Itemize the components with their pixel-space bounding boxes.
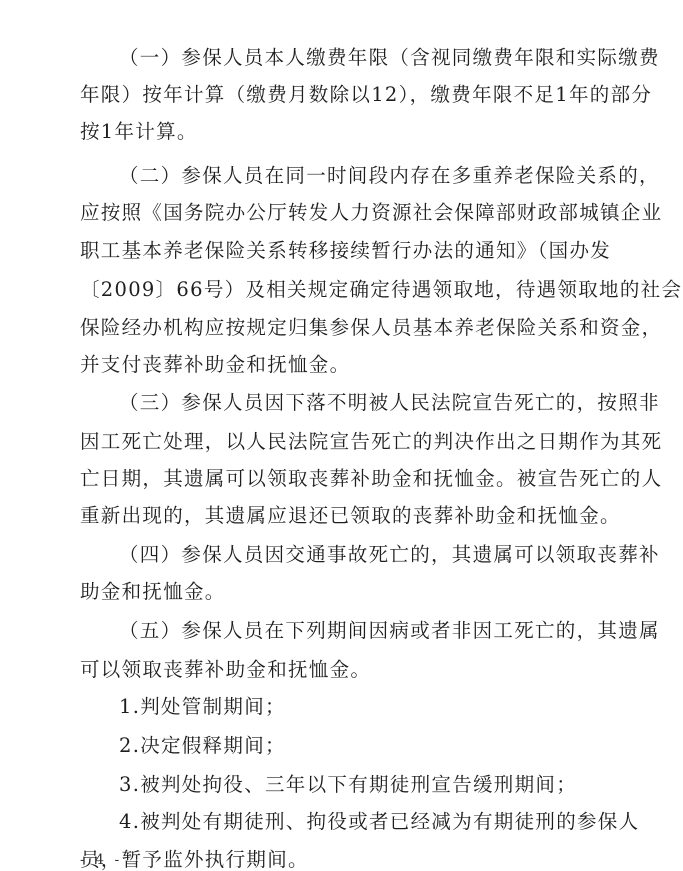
text-line-12: 亡日期，其遗属可以领取丧葬补助金和抚恤金。被宣告死亡的人 <box>80 464 606 494</box>
text-line-1: （一）参保人员本人缴费年限（含视同缴费年限和实际缴费 <box>119 43 606 73</box>
text-line-7: 〔2009〕66号）及相关规定确定待遇领取地，待遇领取地的社会 <box>80 275 606 305</box>
document-page: （一）参保人员本人缴费年限（含视同缴费年限和实际缴费 年限）按年计算（缴费月数除… <box>0 0 683 871</box>
text-line-10: （三）参保人员因下落不明被人民法院宣告死亡的，按照非 <box>119 388 606 418</box>
text-line-8: 保险经办机构应按规定归集参保人员基本养老保险关系和资金， <box>80 313 606 343</box>
text-line-11: 因工死亡处理，以人民法院宣告死亡的判决作出之日期作为其死 <box>80 427 606 457</box>
text-line-3: 按1年计算。 <box>80 117 606 147</box>
text-line-15: 助金和抚恤金。 <box>80 577 606 607</box>
text-line-18: 1.判处管制期间； <box>119 692 606 722</box>
text-line-19: 2.决定假释期间； <box>119 731 606 761</box>
text-line-20: 3.被判处拘役、三年以下有期徒刑宣告缓刑期间； <box>119 770 606 800</box>
text-line-22: 员，暂予监外执行期间。 <box>80 845 606 871</box>
text-line-13: 重新出现的，其遗属应退还已领取的丧葬补助金和抚恤金。 <box>80 501 606 531</box>
text-line-21: 4.被判处有期徒刑、拘役或者已经减为有期徒刑的参保人 <box>119 807 606 837</box>
text-line-9: 并支付丧葬补助金和抚恤金。 <box>80 350 606 380</box>
text-line-5: 应按照《国务院办公厅转发人力资源社会保障部财政部城镇企业 <box>80 198 606 228</box>
text-line-16: （五）参保人员在下列期间因病或者非因工死亡的，其遗属 <box>119 616 606 646</box>
text-line-6: 职工基本养老保险关系转移接续暂行办法的通知》（国办发 <box>80 236 606 266</box>
page-number: - 4 - <box>80 850 122 870</box>
text-line-2: 年限）按年计算（缴费月数除以12），缴费年限不足1年的部分 <box>80 80 606 110</box>
text-line-14: （四）参保人员因交通事故死亡的，其遗属可以领取丧葬补 <box>119 540 606 570</box>
text-line-4: （二）参保人员在同一时间段内存在多重养老保险关系的， <box>119 161 606 191</box>
text-line-17: 可以领取丧葬补助金和抚恤金。 <box>80 655 606 685</box>
